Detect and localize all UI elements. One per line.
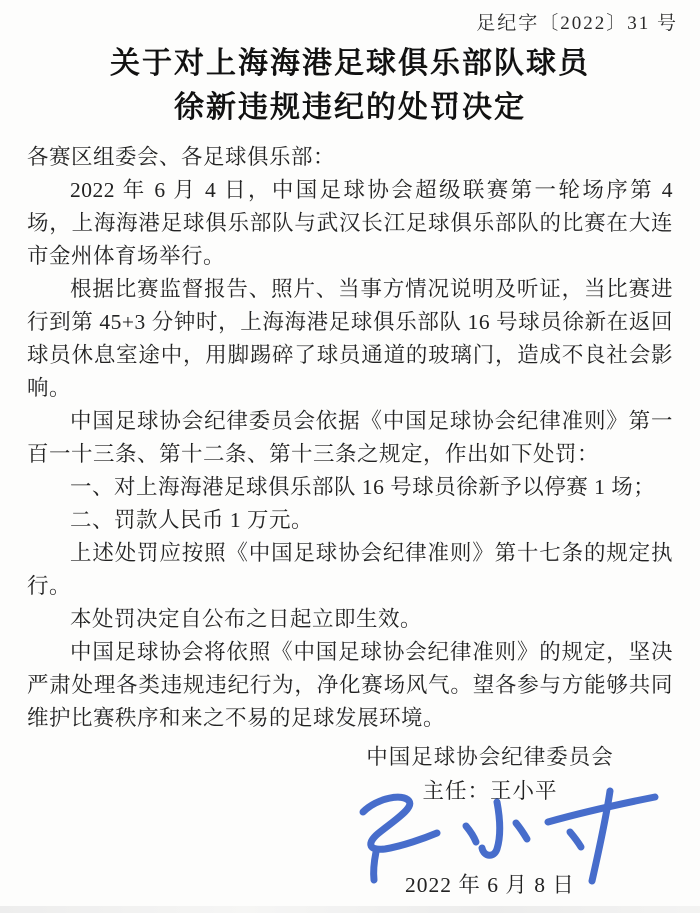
scan-bottom-edge xyxy=(0,906,700,913)
document-body: 各赛区组委会、各足球俱乐部： 2022 年 6 月 4 日，中国足球协会超级联赛… xyxy=(27,141,673,735)
signer-title-and-name: 主任：王小平 xyxy=(320,776,660,806)
document-number: 足纪字〔2022〕31 号 xyxy=(476,8,678,35)
document-title: 关于对上海海港足球俱乐部队球员 徐新违规违纪的处罚决定 xyxy=(0,42,700,130)
document-title-line2: 徐新违规违纪的处罚决定 xyxy=(0,86,700,130)
document-title-line1: 关于对上海海港足球俱乐部队球员 xyxy=(0,42,700,86)
paragraph-legal-basis: 中国足球协会纪律委员会依据《中国足球协会纪律准则》第一百一十三条、第十二条、第十… xyxy=(27,405,673,471)
paragraph-match-info: 2022 年 6 月 4 日，中国足球协会超级联赛第一轮场序第 4 场，上海海港… xyxy=(27,174,673,273)
punishment-decision-document: 足纪字〔2022〕31 号 关于对上海海港足球俱乐部队球员 徐新违规违纪的处罚决… xyxy=(0,0,700,913)
paragraph-effective-date: 本处罚决定自公布之日起立即生效。 xyxy=(27,603,673,636)
signing-organization: 中国足球协会纪律委员会 xyxy=(320,742,660,772)
paragraph-incident-description: 根据比赛监督报告、照片、当事方情况说明及听证，当比赛进行到第 45+3 分钟时，… xyxy=(27,273,673,405)
signature-block: 中国足球协会纪律委员会 主任：王小平 xyxy=(320,742,660,806)
paragraph-punishment-item-2: 二、罚款人民币 1 万元。 xyxy=(27,504,673,537)
paragraph-punishment-item-1: 一、对上海海港足球俱乐部队 16 号球员徐新予以停赛 1 场； xyxy=(27,471,673,504)
salutation: 各赛区组委会、各足球俱乐部： xyxy=(27,141,673,174)
paragraph-closing-statement: 中国足球协会将依照《中国足球协会纪律准则》的规定，坚决严肃处理各类违规违纪行为，… xyxy=(27,636,673,735)
signature-date: 2022 年 6 月 8 日 xyxy=(320,868,660,899)
paragraph-execution-rule: 上述处罚应按照《中国足球协会纪律准则》第十七条的规定执行。 xyxy=(27,537,673,603)
